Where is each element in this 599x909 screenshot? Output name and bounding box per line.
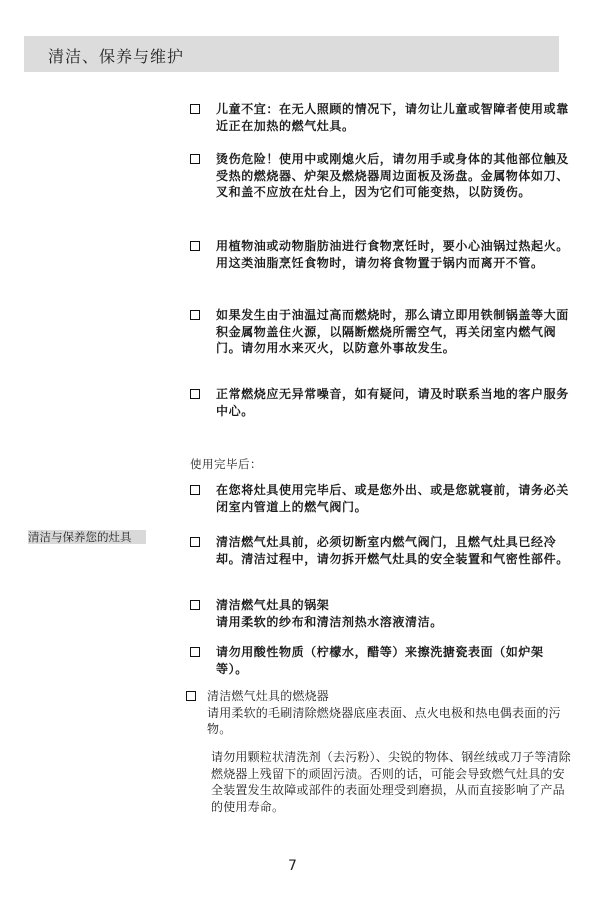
- checkbox-bullet-icon: [190, 389, 200, 399]
- list-item: 用植物油或动物脂肪油进行食物烹饪时，要小心油锅过热起火。用这类油脂烹饪食物时，请…: [190, 238, 570, 271]
- item-text: 如果发生由于油温过高而燃烧时，那么请立即用铁制锅盖等大面积金属物盖住火源，以隔断…: [216, 307, 570, 357]
- page-title: 清洁、保养与维护: [48, 44, 184, 67]
- page-number: 7: [288, 858, 297, 874]
- list-item: 如果发生由于油温过高而燃烧时，那么请立即用铁制锅盖等大面积金属物盖住火源，以隔断…: [190, 307, 570, 357]
- list-item: 烫伤危险！使用中或刚熄火后，请勿用手或身体的其他部位触及受热的燃烧器、炉架及燃烧…: [190, 151, 570, 201]
- item-text: 儿童不宜：在无人照顾的情况下，请勿让儿童或智障者使用或靠近正在加热的燃气灶具。: [216, 101, 570, 134]
- checkbox-bullet-icon: [190, 104, 200, 114]
- list-item: 清洁燃气灶具的锅架 请用柔软的纱布和清洁剂热水溶液清洁。: [190, 597, 570, 630]
- item-title: 清洁燃气灶具的锅架: [216, 597, 570, 614]
- checkbox-bullet-icon: [190, 310, 200, 320]
- checkbox-bullet-icon: [190, 154, 200, 164]
- checkbox-bullet-icon: [186, 691, 196, 701]
- list-item: 正常燃烧应无异常噪音，如有疑问，请及时联系当地的客户服务中心。: [190, 386, 570, 419]
- after-use-heading: 使用完毕后：: [190, 456, 262, 472]
- item-body: 请用柔软的毛刷清除燃烧器底座表面、点火电极和热电偶表面的污物。: [207, 705, 566, 738]
- list-item: 儿童不宜：在无人照顾的情况下，请勿让儿童或智障者使用或靠近正在加热的燃气灶具。: [190, 101, 570, 134]
- item-text: 请勿用酸性物质（柠檬水，醋等）来擦洗搪瓷表面（如炉架等）。: [216, 644, 570, 677]
- checkbox-bullet-icon: [190, 600, 200, 610]
- item-text: 清洁燃气灶具的燃烧器 请用柔软的毛刷清除燃烧器底座表面、点火电极和热电偶表面的污…: [207, 688, 566, 738]
- burner-warning-paragraph: 请勿用颗粒状清洗剂（去污粉）、尖锐的物体、钢丝绒或刀子等清除燃烧器上残留下的顽固…: [211, 749, 571, 815]
- item-text: 烫伤危险！使用中或刚熄火后，请勿用手或身体的其他部位触及受热的燃烧器、炉架及燃烧…: [216, 151, 570, 201]
- item-text: 用植物油或动物脂肪油进行食物烹饪时，要小心油锅过热起火。用这类油脂烹饪食物时，请…: [216, 238, 570, 271]
- section-header: 清洁、保养与维护: [24, 36, 559, 72]
- item-text: 清洁燃气灶具前，必须切断室内燃气阀门，且燃气灶具已经冷却。清洁过程中，请勿拆开燃…: [216, 534, 570, 567]
- checkbox-bullet-icon: [190, 485, 200, 495]
- item-text: 正常燃烧应无异常噪音，如有疑问，请及时联系当地的客户服务中心。: [216, 386, 570, 419]
- item-text: 清洁燃气灶具的锅架 请用柔软的纱布和清洁剂热水溶液清洁。: [216, 597, 570, 630]
- item-body: 请用柔软的纱布和清洁剂热水溶液清洁。: [216, 614, 570, 631]
- list-item: 请勿用酸性物质（柠檬水，醋等）来擦洗搪瓷表面（如炉架等）。: [190, 644, 570, 677]
- checkbox-bullet-icon: [190, 647, 200, 657]
- list-item: 清洁燃气灶具前，必须切断室内燃气阀门，且燃气灶具已经冷却。清洁过程中，请勿拆开燃…: [190, 534, 570, 567]
- checkbox-bullet-icon: [190, 241, 200, 251]
- list-item: 清洁燃气灶具的燃烧器 请用柔软的毛刷清除燃烧器底座表面、点火电极和热电偶表面的污…: [186, 688, 566, 738]
- item-text: 在您将灶具使用完毕后、或是您外出、或是您就寝前，请务必关闭室内管道上的燃气阀门。: [216, 482, 570, 515]
- list-item: 在您将灶具使用完毕后、或是您外出、或是您就寝前，请务必关闭室内管道上的燃气阀门。: [190, 482, 570, 515]
- item-title: 清洁燃气灶具的燃烧器: [207, 688, 566, 705]
- side-section-label: 清洁与保养您的灶具: [28, 530, 146, 544]
- checkbox-bullet-icon: [190, 537, 200, 547]
